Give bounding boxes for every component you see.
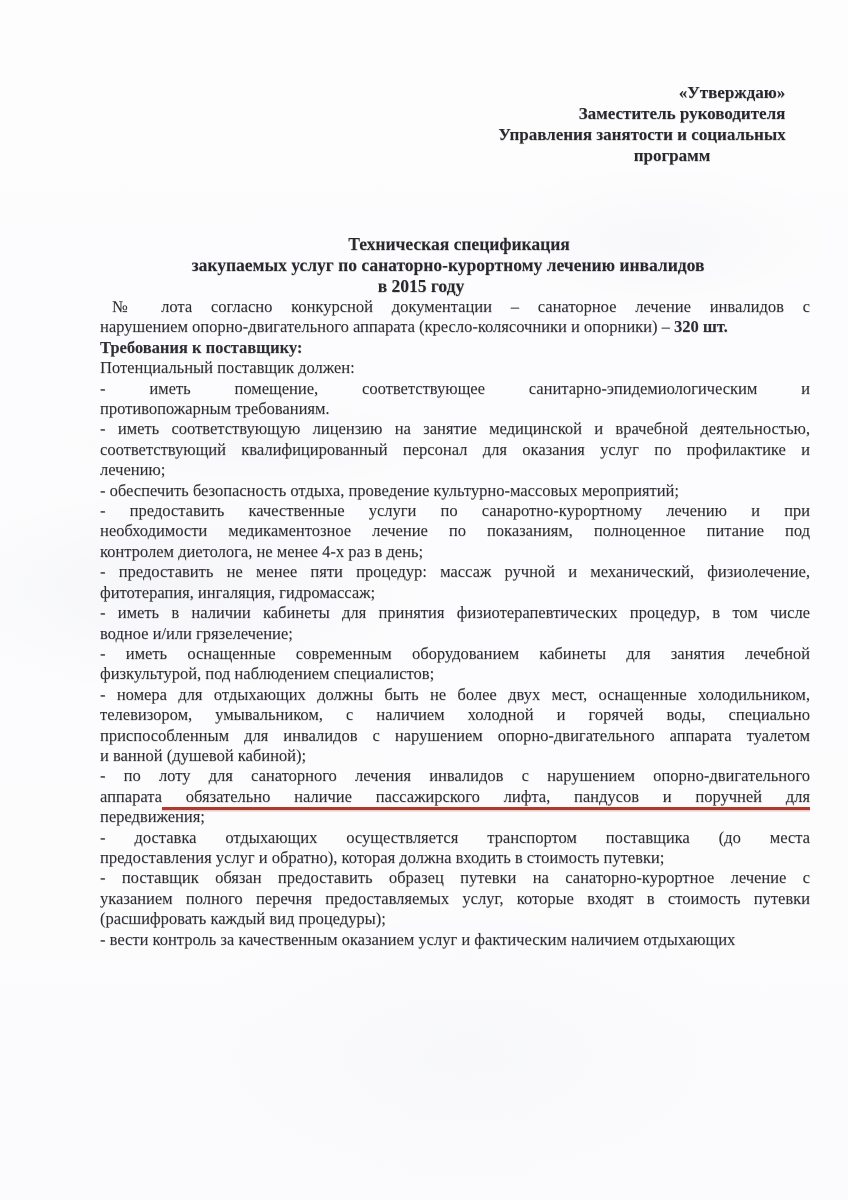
text-run: нарушением опорно-двигательного аппарата…	[100, 317, 674, 336]
text-run: необходимости медикаментозное лечение по…	[100, 521, 810, 540]
paragraph: - поставщик обязан предоставить образец …	[100, 868, 810, 929]
body-line: контролем диетолога, не менее 4-х раз в …	[100, 542, 810, 562]
approval-line: Заместитель руководителя	[532, 103, 832, 124]
text-run: контролем диетолога, не менее 4-х раз в …	[100, 542, 423, 561]
paragraph: - вести контроль за качественным оказани…	[100, 930, 810, 950]
body-line: передвижения;	[100, 807, 810, 827]
text-run: указанием полного перечня предоставляемы…	[100, 889, 810, 908]
approval-line: программ	[522, 145, 822, 166]
text-run: - доставка отдыхающих осуществляется тра…	[100, 828, 810, 847]
text-run: предоставления услуг и обратно), которая…	[100, 848, 664, 867]
body-line: нарушением опорно-двигательного аппарата…	[100, 317, 810, 337]
paragraph: - доставка отдыхающих осуществляется тра…	[100, 828, 810, 869]
text-run: № лота согласно конкурсной документации …	[112, 297, 810, 316]
paragraph: - номера для отдыхающих должны быть не б…	[100, 685, 810, 767]
body-line: - по лоту для санаторного лечения инвали…	[100, 766, 810, 786]
body-line: Требования к поставщику:	[100, 338, 810, 358]
text-run: - иметь оснащенные современным оборудова…	[100, 644, 810, 663]
text-run: - предоставить качественные услуги по са…	[100, 501, 810, 520]
text-run: аппарата	[100, 787, 162, 806]
red-underlined-text: обязательно наличие пассажирского лифта,…	[162, 787, 810, 810]
body-line: приспособленным для инвалидов с нарушени…	[100, 726, 810, 746]
paragraph: Требования к поставщику:	[100, 338, 810, 358]
text-run: водное и/или грязелечение;	[100, 624, 293, 643]
body-line: - предоставить качественные услуги по са…	[100, 501, 810, 521]
text-run: - иметь помещение, соответствующее санит…	[100, 379, 810, 398]
paragraph: - по лоту для санаторного лечения инвали…	[100, 766, 810, 827]
text-run: Требования к поставщику:	[100, 338, 302, 357]
body-line: - предоставить не менее пяти процедур: м…	[100, 562, 810, 582]
body-line: телевизором, умывальником, с наличием хо…	[100, 705, 810, 725]
body-line: - иметь соответствующую лицензию на заня…	[100, 419, 810, 439]
body-line: Потенциальный поставщик должен:	[100, 358, 810, 378]
body-line: - поставщик обязан предоставить образец …	[100, 868, 810, 888]
body-line: соответствующий квалифицированный персон…	[100, 440, 810, 460]
paragraph: - иметь оснащенные современным оборудова…	[100, 644, 810, 685]
text-run: 320 шт.	[674, 317, 728, 336]
approval-line: Управления занятости и социальных	[492, 124, 792, 145]
body-line: - вести контроль за качественным оказани…	[100, 930, 810, 950]
text-run: соответствующий квалифицированный персон…	[100, 440, 810, 459]
document-title: Техническая спецификациязакупаемых услуг…	[100, 234, 810, 297]
title-line: в 2015 году	[66, 276, 776, 297]
paragraph: - предоставить не менее пяти процедур: м…	[100, 562, 810, 603]
paragraph: Потенциальный поставщик должен:	[100, 358, 810, 378]
text-run: физкультурой, под наблюдением специалист…	[100, 664, 434, 683]
document-body: № лота согласно конкурсной документации …	[100, 297, 810, 950]
body-line: - номера для отдыхающих должны быть не б…	[100, 685, 810, 705]
text-run: противопожарным требованиям.	[100, 399, 330, 418]
body-line: - иметь оснащенные современным оборудова…	[100, 644, 810, 664]
text-run: Потенциальный поставщик должен:	[100, 358, 355, 377]
body-line: указанием полного перечня предоставляемы…	[100, 889, 810, 909]
body-line: - обеспечить безопасность отдыха, провед…	[100, 481, 810, 501]
approval-block: «Утверждаю»Заместитель руководителяУправ…	[492, 82, 792, 166]
body-line: водное и/или грязелечение;	[100, 624, 810, 644]
body-line: (расшифровать каждый вид процедуры);	[100, 909, 810, 929]
text-run: - по лоту для санаторного лечения инвали…	[100, 766, 810, 785]
text-run: передвижения;	[100, 807, 205, 826]
text-run: и ванной (душевой кабиной);	[100, 746, 306, 765]
paragraph: - иметь помещение, соответствующее санит…	[100, 379, 810, 420]
body-line: необходимости медикаментозное лечение по…	[100, 521, 810, 541]
paragraph: - иметь в наличии кабинеты для принятия …	[100, 603, 810, 644]
title-line: закупаемых услуг по санаторно-курортному…	[93, 255, 803, 276]
text-run: лечению;	[100, 460, 165, 479]
text-run: - иметь в наличии кабинеты для принятия …	[100, 603, 810, 622]
text-run: телевизором, умывальником, с наличием хо…	[100, 705, 810, 724]
text-run: - предоставить не менее пяти процедур: м…	[100, 562, 810, 581]
text-run: - поставщик обязан предоставить образец …	[100, 868, 810, 887]
text-run: - номера для отдыхающих должны быть не б…	[100, 685, 810, 704]
text-run: фитотерапия, ингаляция, гидромассаж;	[100, 583, 375, 602]
text-run: - обеспечить безопасность отдыха, провед…	[100, 481, 679, 500]
title-line: Техническая спецификация	[104, 234, 814, 255]
paragraph: - иметь соответствующую лицензию на заня…	[100, 419, 810, 480]
text-run: приспособленным для инвалидов с нарушени…	[100, 726, 810, 745]
body-line: - иметь помещение, соответствующее санит…	[100, 379, 810, 399]
text-run: (расшифровать каждый вид процедуры);	[100, 909, 386, 928]
body-line: предоставления услуг и обратно), которая…	[100, 848, 810, 868]
scanned-document-page: «Утверждаю»Заместитель руководителяУправ…	[0, 0, 848, 1200]
paragraph: - обеспечить безопасность отдыха, провед…	[100, 481, 810, 501]
text-run: - вести контроль за качественным оказани…	[100, 930, 735, 949]
body-line: - доставка отдыхающих осуществляется тра…	[100, 828, 810, 848]
body-line: № лота согласно конкурсной документации …	[100, 297, 810, 317]
body-line: противопожарным требованиям.	[100, 399, 810, 419]
paragraph: - предоставить качественные услуги по са…	[100, 501, 810, 562]
paragraph: № лота согласно конкурсной документации …	[100, 297, 810, 338]
body-line: - иметь в наличии кабинеты для принятия …	[100, 603, 810, 623]
body-line: лечению;	[100, 460, 810, 480]
body-line: аппарата обязательно наличие пассажирско…	[100, 787, 810, 807]
body-line: физкультурой, под наблюдением специалист…	[100, 664, 810, 684]
approval-line: «Утверждаю»	[582, 82, 848, 103]
text-run: - иметь соответствующую лицензию на заня…	[100, 419, 810, 438]
body-line: фитотерапия, ингаляция, гидромассаж;	[100, 583, 810, 603]
body-line: и ванной (душевой кабиной);	[100, 746, 810, 766]
